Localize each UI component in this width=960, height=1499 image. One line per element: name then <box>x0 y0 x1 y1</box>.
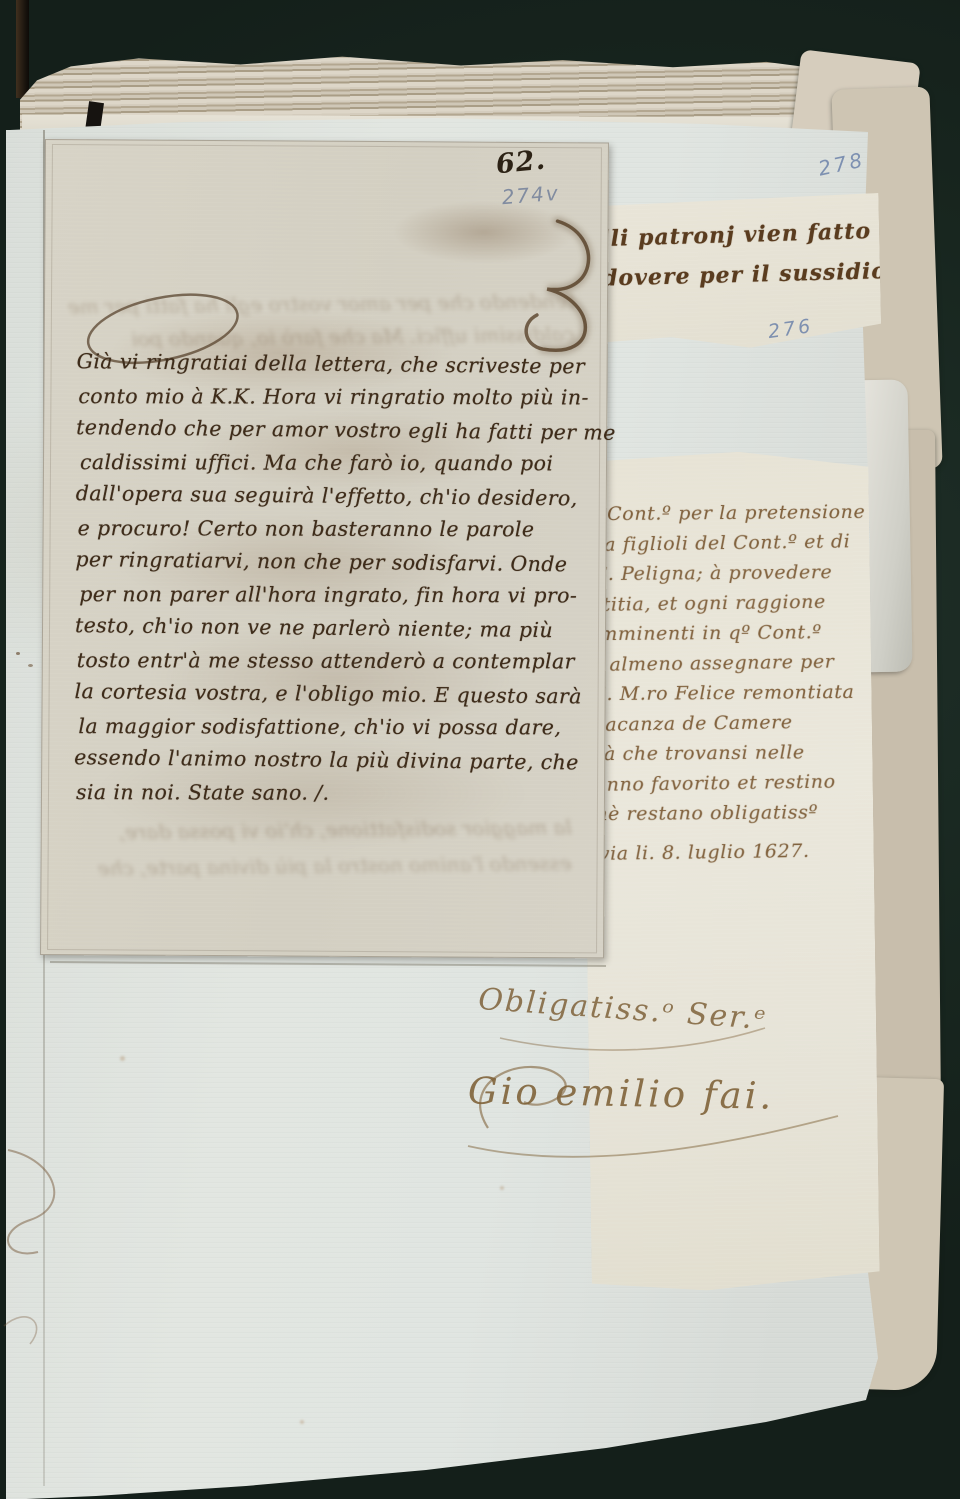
bleedthrough-line: tendendo che per amor vostro egli ha fat… <box>75 289 575 319</box>
letter-line: Già vi ringratiai della lettera, che scr… <box>76 345 582 383</box>
side-text-line: stitia, et ogni raggione <box>592 586 872 620</box>
manuscript-photo: lli patronj vien fatto — dovere per il s… <box>0 0 960 1499</box>
side-letter-text: º Cont.º per la pretensione da figlioli … <box>591 496 876 869</box>
letter-line: e procuro! Certo non basteranno le parol… <box>78 512 582 546</box>
letter-line: dall'opera sua seguirà l'effetto, ch'io … <box>76 477 582 515</box>
side-text-line: anno favorito et restino <box>595 766 875 800</box>
side-text-line: S. M.ro Felice remontiata <box>593 677 873 709</box>
side-text-line: S. Peligna; à provedere <box>595 557 872 589</box>
letter-line: tendendo che per amor vostro egli ha fat… <box>76 411 582 449</box>
letter-line: per non parer all'hora ingrato, fin hora… <box>79 578 581 612</box>
folio-number-pencil: 274v <box>501 181 561 210</box>
folio-number-ink: 62. <box>494 145 547 181</box>
foxing-spot <box>120 1056 125 1061</box>
bleedthrough-line: essendo l'animo nostro la più divina par… <box>71 851 571 881</box>
foxing-spot <box>500 1186 504 1190</box>
side-text-line: nè restano obligatissº <box>595 797 875 829</box>
bleedthrough-line: la maggior sodisfattione, ch'io vi possa… <box>72 815 572 845</box>
letter-body: Già vi ringratiai della lettera, che scr… <box>74 346 583 811</box>
side-text-line: ià che trovansi nelle <box>597 737 874 769</box>
letter-line: testo, ch'io non ve ne parlerò niente; m… <box>75 609 581 647</box>
side-letter-sheet: º Cont.º per la pretensione da figlioli … <box>580 450 880 1292</box>
side-text-line: vacanza de Camere <box>594 706 874 740</box>
side-text-line: i almeno assegnare per <box>596 646 873 680</box>
letter-line: conto mio à K.K. Hora vi ringratio molto… <box>78 380 582 414</box>
letter-line: per ringratiarvi, non che per sodisfarvi… <box>75 543 581 581</box>
signature-name: Gio emilio fai. <box>468 1069 775 1117</box>
book-spine-edge <box>16 0 29 98</box>
foxing-spot <box>300 1420 304 1424</box>
side-text-line: º Cont.º per la pretensione <box>591 497 871 529</box>
ink-speck <box>16 652 20 655</box>
letter-line: la maggior sodisfattione, ch'io vi possa… <box>78 710 580 744</box>
letter-line: tosto entr'à me stesso attenderò a conte… <box>77 644 581 678</box>
letter-line: essendo l'animo nostro la più divina par… <box>74 741 580 779</box>
side-text-line: da figlioli del Cont.º et di <box>591 526 871 560</box>
marginal-note-line: lli patronj vien fatto — <box>601 217 903 252</box>
letter-line: sia in noi. State sano. /. <box>76 776 580 810</box>
pasted-letter: 62. 274v tendendo che per amor vostro eg… <box>40 139 609 958</box>
marginal-note-sheet: lli patronj vien fatto — dovere per il s… <box>586 193 881 351</box>
letter-line: caldissimi uffici. Ma che farò io, quand… <box>80 446 582 480</box>
letter-line: la cortesia vostra, e l'obligo mio. E qu… <box>74 675 580 713</box>
side-text-line: imminenti in qº Cont.º <box>593 617 873 649</box>
marginal-note-line: dovere per il sussidio — <box>602 257 919 291</box>
ink-speck <box>28 664 33 667</box>
side-text-date-line: via li. 8. luglio 1627. <box>599 835 876 869</box>
